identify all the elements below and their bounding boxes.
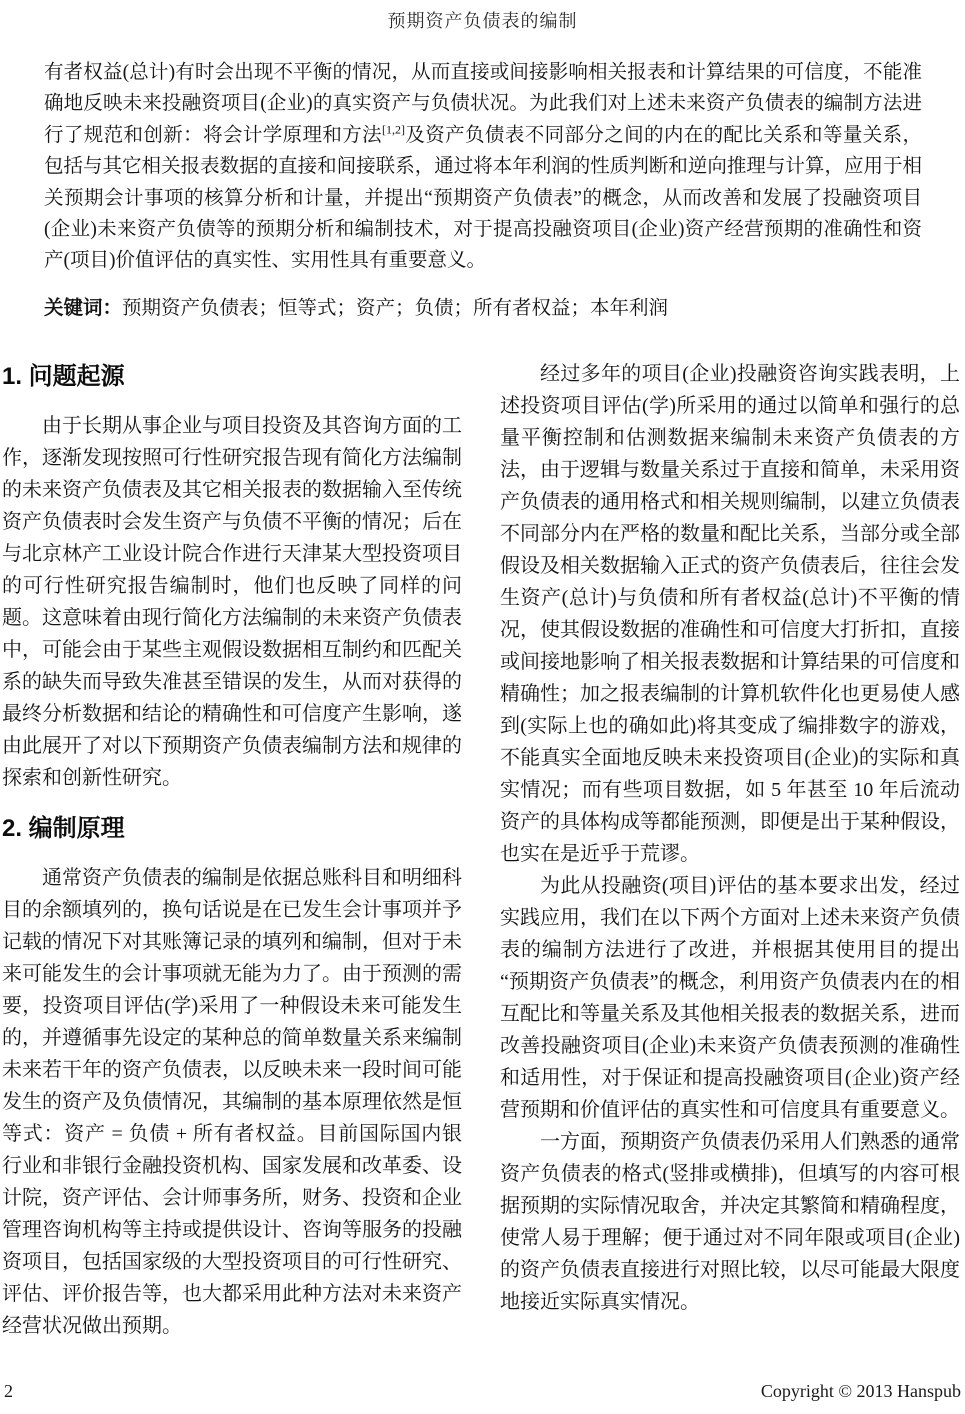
section-2-paragraph-2: 经过多年的项目(企业)投融资咨询实践表明，上述投资项目评估(学)所采用的通过以简… [500, 358, 960, 870]
section-2-paragraph-4: 一方面，预期资产负债表仍采用人们熟悉的通常资产负债表的格式(竖排或横排)，但填写… [500, 1126, 960, 1318]
citation-ref-marker: [1,2] [382, 122, 405, 136]
keywords-line: 关键词：预期资产负债表；恒等式；资产；负债；所有者权益；本年利润 [44, 293, 922, 324]
section-1-paragraph-1: 由于长期从事企业与项目投资及其咨询方面的工作，逐渐发现按照可行性研究报告现有简化… [2, 410, 462, 794]
page-number: 2 [4, 1381, 13, 1402]
abstract-text-after-ref: 及资产负债表不同部分之间的内在的配比关系和等量关系，包括与其它相关报表数据的直接… [44, 125, 922, 272]
section-2-heading: 2. 编制原理 [2, 812, 462, 846]
keywords-label: 关键词： [44, 297, 122, 319]
two-column-body: 1. 问题起源 由于长期从事企业与项目投资及其咨询方面的工作，逐渐发现按照可行性… [2, 358, 960, 1342]
running-head-title: 预期资产负债表的编制 [0, 7, 965, 33]
keywords-text: 预期资产负债表；恒等式；资产；负债；所有者权益；本年利润 [122, 298, 668, 319]
page-footer: 2 Copyright © 2013 Hanspub [4, 1381, 961, 1402]
section-1-heading: 1. 问题起源 [2, 360, 462, 394]
section-2-paragraph-1: 通常资产负债表的编制是依据总账科目和明细科目的余额填列的，换句话说是在已发生会计… [2, 862, 462, 1342]
right-column: 经过多年的项目(企业)投融资咨询实践表明，上述投资项目评估(学)所采用的通过以简… [500, 358, 960, 1342]
copyright-notice: Copyright © 2013 Hanspub [761, 1381, 961, 1402]
section-2-paragraph-3: 为此从投融资(项目)评估的基本要求出发，经过实践应用，我们在以下两个方面对上述未… [500, 870, 960, 1126]
paper-page: 预期资产负债表的编制 有者权益(总计)有时会出现不平衡的情况，从而直接或间接影响… [0, 0, 965, 1414]
left-column: 1. 问题起源 由于长期从事企业与项目投资及其咨询方面的工作，逐渐发现按照可行性… [2, 358, 462, 1342]
abstract-paragraph: 有者权益(总计)有时会出现不平衡的情况，从而直接或间接影响相关报表和计算结果的可… [44, 57, 922, 277]
